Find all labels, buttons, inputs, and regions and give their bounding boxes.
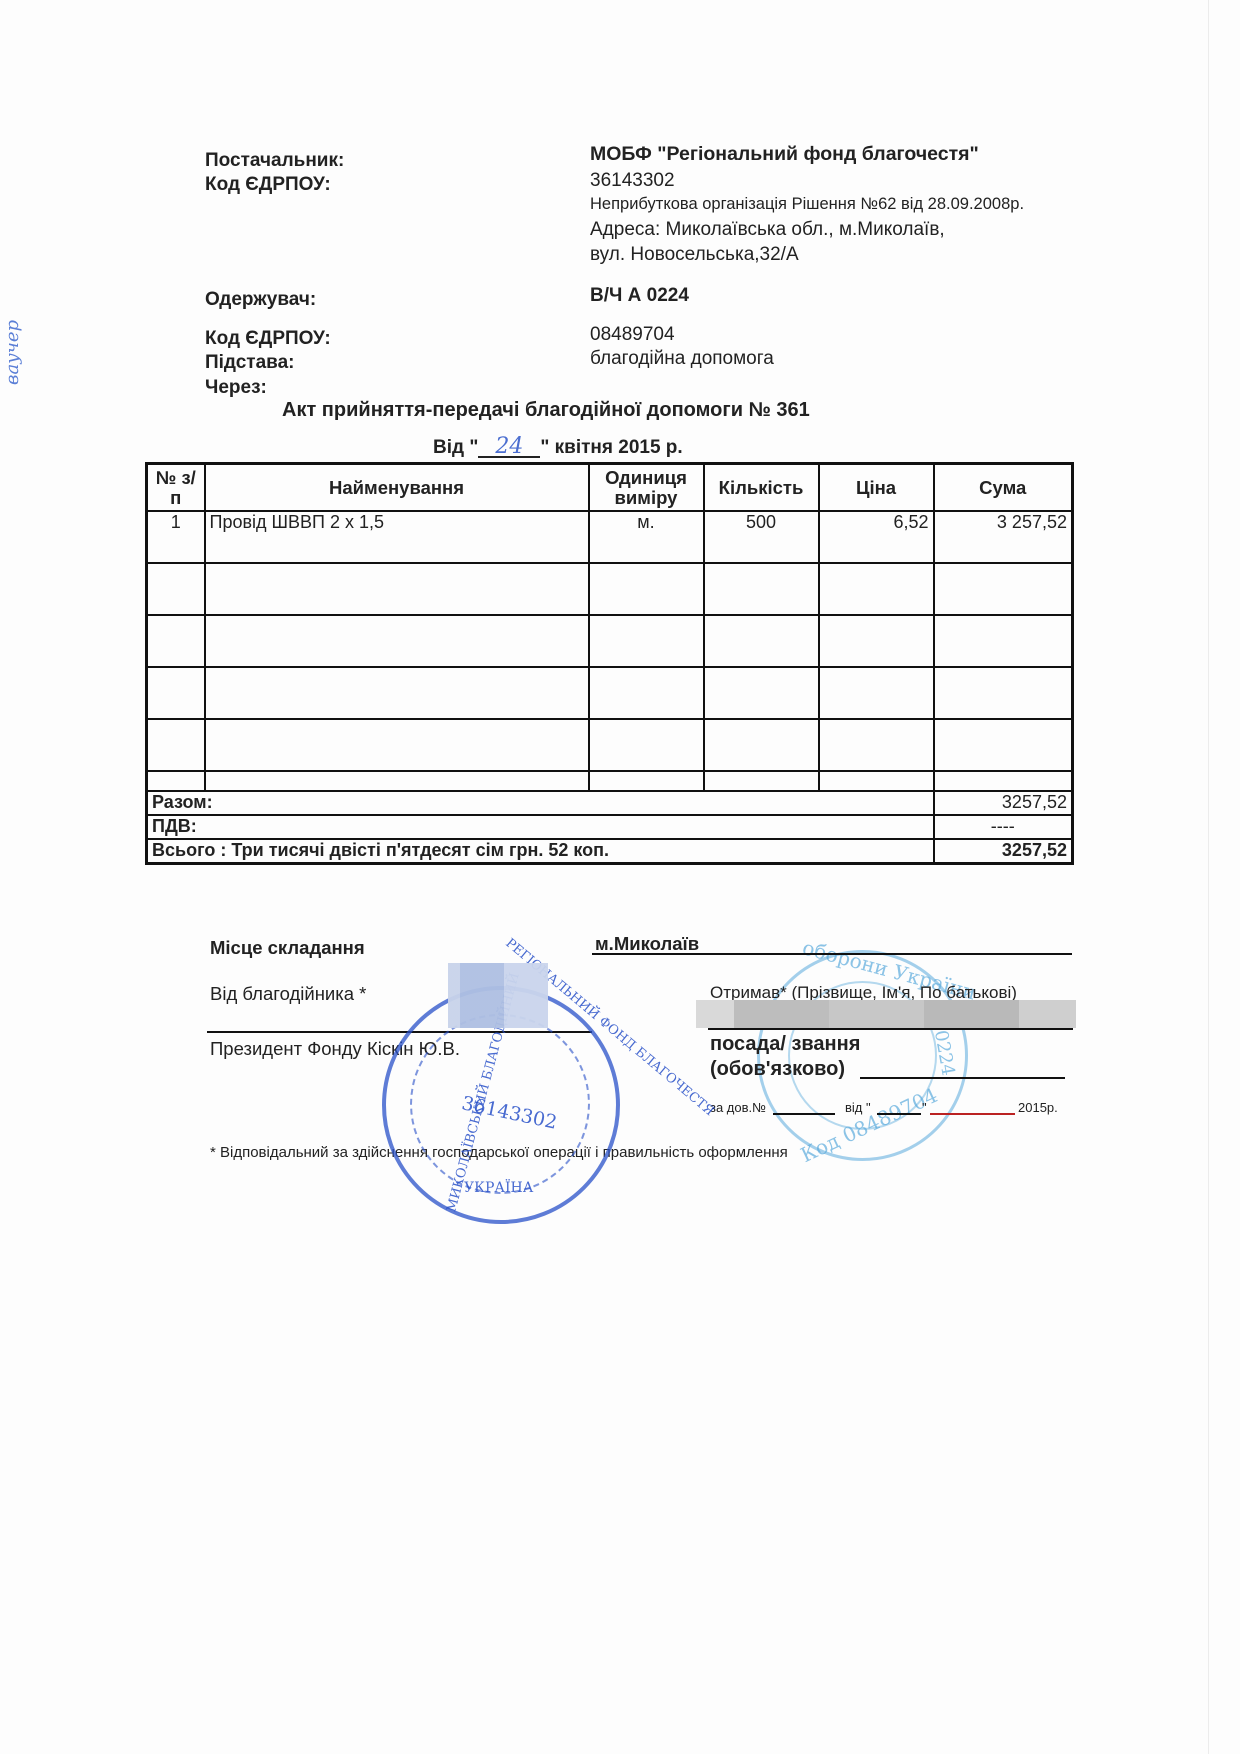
recipient-edrpou: 08489704 xyxy=(590,324,675,346)
basis-value: благодійна допомога xyxy=(590,348,774,370)
act-title: Акт прийняття-передачі благодійної допом… xyxy=(282,399,810,422)
vat-value: ---- xyxy=(934,815,1073,839)
cell-name: Провід ШВВП 2 х 1,5 xyxy=(205,511,589,563)
subtotal-value: 3257,52 xyxy=(934,791,1073,815)
position-required-label: (обов'язково) xyxy=(710,1058,845,1081)
date-suffix: " квітня 2015 р. xyxy=(540,437,682,458)
table-row-blank xyxy=(147,719,1073,771)
total-value: 3257,52 xyxy=(934,839,1073,864)
subtotal-label: Разом: xyxy=(147,791,934,815)
place-value: м.Миколаїв xyxy=(595,933,699,955)
supplier-edrpou-label: Код ЄДРПОУ: xyxy=(205,174,331,196)
supplier-status: Неприбуткова організація Рішення №62 від… xyxy=(590,195,1024,214)
via-label: Через: xyxy=(205,377,267,399)
col-header-price: Ціна xyxy=(819,464,934,512)
recipient-signature-line[interactable] xyxy=(708,1028,1073,1030)
table-row-blank xyxy=(147,563,1073,615)
poa-day-line[interactable] xyxy=(877,1113,921,1115)
supplier-address-2: вул. Новосельська,32/А xyxy=(590,244,799,266)
supplier-edrpou: 36143302 xyxy=(590,170,675,192)
position-label: посада/ звання xyxy=(710,1033,860,1056)
poa-month-line[interactable] xyxy=(930,1113,1015,1115)
col-header-qty: Кількість xyxy=(704,464,819,512)
supplier-label: Постачальник: xyxy=(205,150,344,172)
cell-sum: 3 257,52 xyxy=(934,511,1073,563)
col-header-sum: Сума xyxy=(934,464,1073,512)
poa-number-line[interactable] xyxy=(773,1113,835,1115)
donor-label: Від благодійника * xyxy=(210,983,366,1005)
col-header-no: № з/п xyxy=(147,464,205,512)
poa-quote-close: " xyxy=(922,1100,927,1115)
act-date: Від "24" квітня 2015 р. xyxy=(433,437,683,459)
total-label: Всього : Три тисячі двісті п'ятдесят сім… xyxy=(147,839,934,864)
recipient-label: Одержувач: xyxy=(205,289,316,311)
poa-from-label: від " xyxy=(845,1100,871,1115)
table-row: 1 Провід ШВВП 2 х 1,5 м. 500 6,52 3 257,… xyxy=(147,511,1073,563)
place-label: Місце складання xyxy=(210,937,365,959)
recipient-edrpou-label: Код ЄДРПОУ: xyxy=(205,328,331,350)
col-header-unit: Одиниця виміру xyxy=(589,464,704,512)
table-row-blank xyxy=(147,771,1073,791)
vat-label: ПДВ: xyxy=(147,815,934,839)
redacted-donor-signature xyxy=(448,963,548,1028)
basis-label: Підстава: xyxy=(205,352,295,374)
cell-unit: м. xyxy=(589,511,704,563)
cell-qty: 500 xyxy=(704,511,819,563)
handwritten-day: 24 xyxy=(478,438,540,458)
supplier-name: МОБФ "Регіональний фонд благочестя" xyxy=(590,143,979,166)
col-header-name: Найменування xyxy=(205,464,589,512)
table-row-blank xyxy=(147,615,1073,667)
table-header-row: № з/п Найменування Одиниця виміру Кількі… xyxy=(147,464,1073,512)
poa-label: за дов.№ xyxy=(710,1100,766,1115)
supplier-address-1: Адреса: Миколаївська обл., м.Миколаїв, xyxy=(590,219,945,241)
place-line xyxy=(592,953,1072,955)
subtotal-row: Разом: 3257,52 xyxy=(147,791,1073,815)
position-line[interactable] xyxy=(860,1077,1065,1079)
items-table: № з/п Найменування Одиниця виміру Кількі… xyxy=(145,462,1074,865)
redacted-recipient-name xyxy=(696,1000,1076,1028)
recipient-name: В/Ч А 0224 xyxy=(590,285,689,307)
vat-row: ПДВ: ---- xyxy=(147,815,1073,839)
date-prefix: Від " xyxy=(433,437,478,458)
table-row-blank xyxy=(147,667,1073,719)
poa-year: 2015р. xyxy=(1018,1100,1058,1115)
total-row: Всього : Три тисячі двісті п'ятдесят сім… xyxy=(147,839,1073,864)
cell-no: 1 xyxy=(147,511,205,563)
page-edge xyxy=(1208,0,1209,1754)
donor-stamp-country: УКРАЇНА xyxy=(464,1180,533,1196)
cell-price: 6,52 xyxy=(819,511,934,563)
handwritten-margin-note: ваучер xyxy=(2,320,23,385)
